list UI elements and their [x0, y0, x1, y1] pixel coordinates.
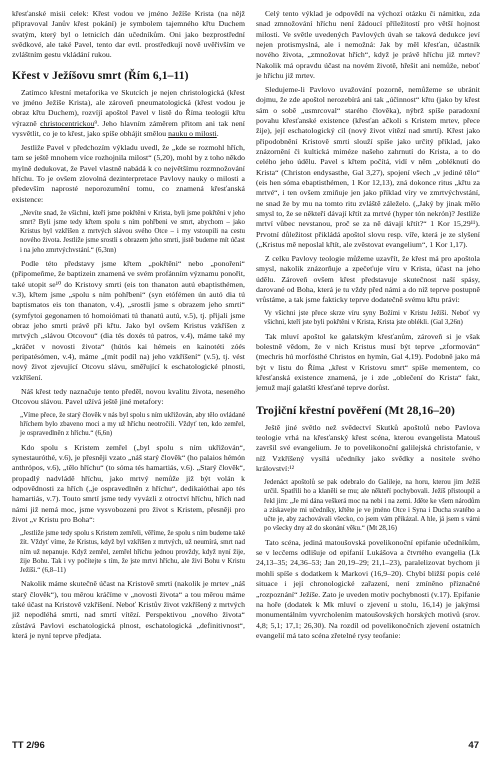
block-quote: „Nevíte snad, že všichni, kteří jsme pok… [20, 209, 245, 255]
paragraph-continuation: křesťanské misii celek: Křest vodou ve j… [12, 9, 245, 61]
paragraph: Nakolik máme skutečně účast na Kristově … [12, 579, 245, 641]
underlined-term: nauku o milosti [168, 129, 217, 138]
text-columns: křesťanské misii celek: Křest vodou ve j… [12, 9, 480, 645]
paragraph: Tato scéna, jediná matoušovská povelikon… [256, 538, 480, 641]
paragraph: Sledujeme-li Pavlovo uvažování pozorně, … [256, 85, 480, 251]
paragraph: Tak mluví apoštol ke galatským křesťanům… [256, 332, 480, 394]
block-quote: „Jestliže jsme tedy spolu s Kristem zemř… [20, 529, 245, 575]
block-quote: „Víme přece, že starý člověk v nás byl s… [20, 411, 245, 439]
paragraph: Podle této představy jsme křtem „pokřtěn… [12, 259, 245, 383]
right-column: Celý tento výklad je odpovědí na výchozí… [256, 9, 480, 645]
paragraph: Z celku Pavlovy teologie můžeme uzavřít,… [256, 254, 480, 306]
paragraph: Náš křest tedy naznačuje tento předěl, n… [12, 387, 245, 408]
paragraph-text: . [217, 129, 219, 138]
journal-issue-label: TT 2/96 [12, 740, 45, 751]
journal-page: křesťanské misii celek: Křest vodou ve j… [0, 0, 500, 769]
paragraph: Zatímco křestní metaforika ve Skutcích j… [12, 88, 245, 140]
section-heading-trojicni-krestni-povereni: Trojiční křestní pověření (Mt 28,16–20) [256, 404, 480, 417]
paragraph: Kdo spolu s Kristem zemřel („byl spolu s… [12, 443, 245, 526]
underlined-term: christocentrickou [40, 119, 94, 128]
block-quote: Vy všichni jste přece skrze víru syny Bo… [264, 309, 480, 328]
page-number: 47 [468, 740, 479, 751]
block-quote: Jedenáct apoštolů se pak odebralo do Gal… [264, 478, 480, 534]
paragraph: Ještě jiné světlo než svědectví Skutků a… [256, 423, 480, 475]
paragraph: Jestliže Pavel v předchozím výkladu uved… [12, 143, 245, 205]
section-heading-krest-v-jezisovu-smrt: Křest v Ježíšovu smrt (Řím 6,1–11) [12, 69, 245, 82]
paragraph: Celý tento výklad je odpovědí na výchozí… [256, 9, 480, 81]
page-footer: TT 2/96 47 [12, 740, 479, 751]
left-column: křesťanské misii celek: Křest vodou ve j… [12, 9, 245, 645]
